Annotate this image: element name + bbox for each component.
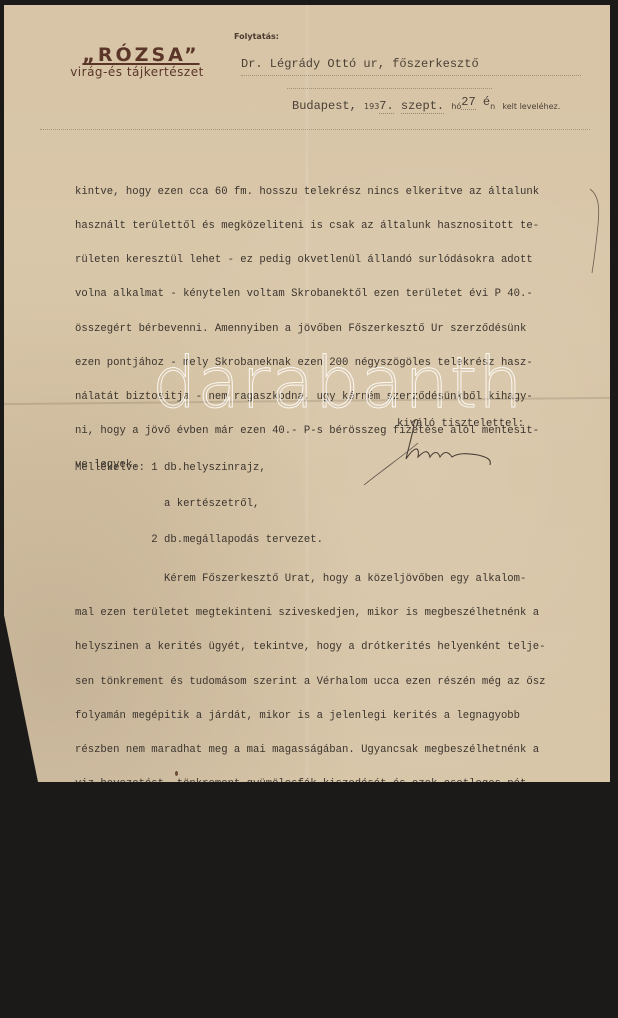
- text-line: rületen keresztül lehet - ez pedig okvet…: [75, 255, 595, 266]
- letterhead-logo: „RÓZSA” virág-és tájkertészet: [66, 45, 216, 79]
- text-line: kintve, hogy ezen cca 60 fm. hosszu tele…: [75, 187, 595, 198]
- attachment-line: 2 db.megállapodás tervezet.: [75, 534, 323, 546]
- paper-stain: [175, 771, 178, 776]
- letter-page: „RÓZSA” virág-és tájkertészet Folytatás:…: [4, 5, 610, 782]
- header-divider: [40, 129, 590, 130]
- date-month-label: hó: [451, 102, 461, 111]
- date-day: 27: [461, 95, 475, 110]
- date-month: szept.: [401, 99, 444, 114]
- paragraph-2: Kérem Főszerkesztő Urat, hogy a közeljöv…: [75, 551, 595, 800]
- attachments-list: Mellékelve: 1 db.helyszinrajz, a kertész…: [75, 438, 323, 570]
- date-year-prefix: 193: [364, 102, 379, 111]
- company-name: „RÓZSA”: [66, 45, 216, 65]
- text-line: volna alkalmat - kénytelen voltam Skroba…: [75, 289, 595, 300]
- attachment-line: a kertészetről,: [75, 498, 323, 510]
- text-line: részben nem maradhat meg a mai magasságá…: [75, 745, 595, 756]
- text-line: összegért bérbevenni. Amennyiben a jövőb…: [75, 324, 595, 335]
- addressee: Dr. Légrády Ottó ur, főszerkesztő: [241, 57, 581, 76]
- text-line: helyszinen a kerités ügyét, tekintve, ho…: [75, 642, 595, 653]
- text-line: mal ezen területet megtekinteni sziveske…: [75, 608, 595, 619]
- company-subtitle: virág-és tájkertészet: [58, 65, 216, 79]
- date-line: Budapest, 1937. szept. hó27 én kelt leve…: [292, 95, 560, 113]
- attachment-line: Mellékelve: 1 db.helyszinrajz,: [75, 462, 323, 474]
- date-city: Budapest,: [292, 99, 357, 113]
- text-line: sen tönkrement és tudomásom szerint a Vé…: [75, 677, 595, 688]
- text-line: folyamán megépitik a járdát, mikor is a …: [75, 711, 595, 722]
- text-line: Kérem Főszerkesztő Urat, hogy a közeljöv…: [75, 574, 595, 585]
- date-year-suffix: 7.: [379, 99, 393, 114]
- divider: [287, 88, 492, 89]
- date-reference-text: kelt leveléhez.: [502, 102, 560, 111]
- signature-icon: [354, 407, 534, 487]
- text-line: használt területtől és megközeliteni is …: [75, 221, 595, 232]
- date-day-label: n: [490, 102, 495, 111]
- text-line: viz bevezetést, tönkrement gyümölcsfák k…: [75, 779, 595, 790]
- margin-pencil-mark-icon: [588, 185, 618, 275]
- continuation-label: Folytatás:: [234, 32, 279, 41]
